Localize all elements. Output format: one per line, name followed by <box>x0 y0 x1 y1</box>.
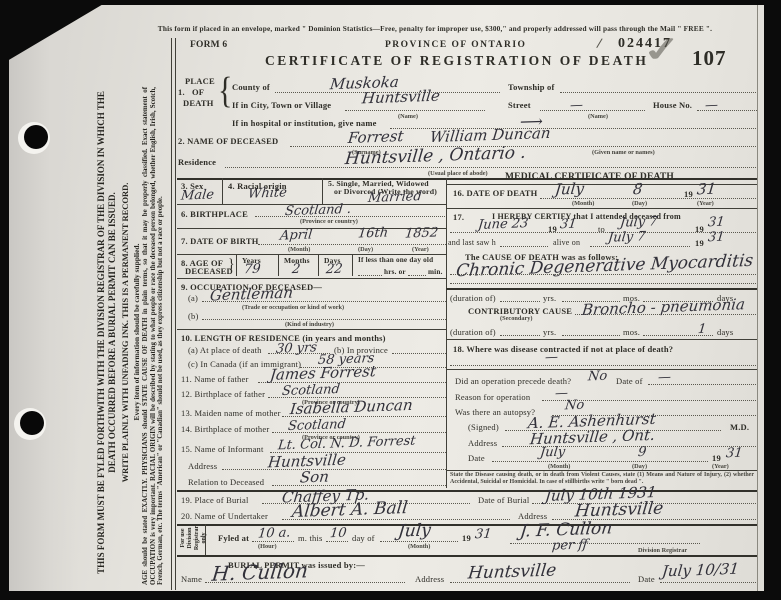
street-value: — <box>569 98 584 114</box>
surname-value: Forrest <box>347 127 404 147</box>
residence-label: Residence <box>178 157 216 167</box>
month-sublabel: (Month) <box>408 543 430 550</box>
operation-label: Did an operation precede death? <box>455 376 571 386</box>
birth-month-value: April <box>279 227 313 243</box>
certificate-date-month: July <box>539 445 566 461</box>
occupation-a-sublabel: (Trade or occupation or kind of work) <box>242 304 344 311</box>
rule <box>177 278 446 279</box>
death-label: DEATH <box>183 98 214 108</box>
occupation-b-sublabel: (Kind of industry) <box>285 321 334 328</box>
brace: { <box>218 70 233 113</box>
less-than-day-label: If less than one day old <box>358 256 433 264</box>
rule <box>318 254 319 276</box>
rule <box>500 335 540 336</box>
residence-sublabel: (Usual place of abode) <box>428 170 488 177</box>
violent-causes-fineprint: State the Disease causing death, or in d… <box>450 472 754 486</box>
death-month-value: July <box>554 179 585 198</box>
informant-address-label: Address <box>188 461 217 471</box>
rule <box>222 469 446 470</box>
rule <box>236 254 237 276</box>
birthplace-value: Scotland . <box>284 202 352 219</box>
age-label-2: DECEASED <box>185 266 233 276</box>
mos-label: mos. <box>623 327 640 337</box>
film-strip <box>8 0 78 600</box>
rule <box>450 274 756 275</box>
place-of-burial-label: 19. Place of Burial <box>181 495 249 505</box>
rule <box>358 275 382 276</box>
registrar-box-sidelabel-2: Division <box>187 524 194 552</box>
punch-hole-icon <box>20 411 44 435</box>
last-alive-year: 31 <box>707 230 725 246</box>
age-years-value: 79 <box>243 262 261 278</box>
page-edge-line <box>757 5 758 591</box>
day-sublabel: (Day) <box>632 463 647 470</box>
rule <box>225 167 756 168</box>
fyled-at-label: Fyled at <box>218 533 249 543</box>
father-birthplace-value: Scotland <box>281 382 340 399</box>
yrs-label: yrs. <box>543 327 556 337</box>
rule <box>510 543 700 544</box>
birth-day-value: 16th <box>357 225 389 241</box>
sex-value: Male <box>180 187 214 203</box>
mother-birthplace-value: Scotland <box>287 417 346 434</box>
rule <box>500 301 540 302</box>
rule <box>590 246 690 247</box>
rule <box>450 365 756 366</box>
punch-hole-icon <box>24 125 48 149</box>
year-sublabel: (Year) <box>697 200 714 207</box>
mother-name-label: 13. Maiden name of mother <box>181 408 281 418</box>
rule <box>492 461 708 462</box>
per-notation: per ff <box>551 537 588 553</box>
month-sublabel: (Month) <box>548 463 570 470</box>
hospital-label: If in hospital or institution, give name <box>232 118 377 128</box>
rule <box>446 339 757 340</box>
scan-edge-left <box>0 0 9 600</box>
rule <box>446 288 757 290</box>
rule <box>177 490 757 492</box>
operation-date-label: Date of <box>616 376 643 386</box>
street-label: Street <box>508 100 531 110</box>
name-of-deceased-label: 2. NAME OF DECEASED <box>178 136 278 146</box>
last-saw-label: and last saw h <box>448 238 496 247</box>
age-months-value: 2 <box>291 262 301 277</box>
page-stamp-number: 107 <box>692 46 727 71</box>
rule <box>202 319 446 320</box>
item-number-17: 17. <box>453 212 464 222</box>
month-sublabel: (Month) <box>288 246 310 253</box>
form-number: FORM 6 <box>190 40 227 50</box>
rule <box>446 178 447 488</box>
day-of-label: day of <box>352 533 375 543</box>
father-birthplace-label: 12. Birthplace of father <box>181 389 265 399</box>
year-prefix: 19 <box>695 224 704 234</box>
death-day-value: 8 <box>632 180 643 198</box>
residence-a-label: (a) At place of death <box>188 345 262 355</box>
year-prefix: 19 <box>712 453 721 463</box>
rule <box>450 283 756 284</box>
certificate-date-year: 31 <box>725 446 743 462</box>
days-label: days <box>717 327 733 337</box>
street-name-sublabel: (Name) <box>588 113 608 120</box>
death-certificate-scan: THIS FORM MUST BE FYLED FORTHWITH WITH T… <box>0 0 781 600</box>
sidebar-instruction-filing: THIS FORM MUST BE FYLED FORTHWITH WITH T… <box>96 80 118 585</box>
date-of-birth-label: 7. DATE OF BIRTH <box>181 236 259 246</box>
rule <box>177 254 446 255</box>
fyled-year-value: 31 <box>474 527 492 543</box>
yrs-label: yrs. <box>543 293 556 303</box>
rule <box>258 244 446 245</box>
fyled-hour-value: 10 a. <box>257 525 291 541</box>
attended-from-date: June 23 <box>477 216 529 233</box>
hour-sublabel: (Hour) <box>258 543 277 550</box>
date-of-death-label: 16. DATE OF DEATH <box>453 188 537 198</box>
operation-value: No <box>587 369 608 385</box>
physician-address-label: Address <box>468 438 497 448</box>
month-sublabel: (Month) <box>572 200 594 207</box>
last-alive-date: July 7 <box>607 229 646 245</box>
autopsy-label: Was there an autopsy? <box>455 407 535 417</box>
registrar-box-sidelabel-4: only <box>201 524 208 552</box>
rule <box>392 353 446 354</box>
rule <box>278 254 279 276</box>
year-sublabel: (Year) <box>712 463 729 470</box>
permit-address-value: Huntsville <box>467 560 557 583</box>
rule <box>540 110 645 111</box>
undertaker-address-label: Address <box>518 511 547 521</box>
rule <box>446 208 757 209</box>
rule <box>177 329 446 330</box>
autopsy-value: No <box>564 398 585 414</box>
duration-label: (duration of) <box>450 293 496 303</box>
father-name-value: James Forrest <box>269 362 377 384</box>
document-title: CERTIFICATE OF REGISTRATION OF DEATH <box>265 53 648 69</box>
rule <box>500 246 548 247</box>
undertaker-address-value: Huntsville <box>574 498 664 521</box>
to-label: to <box>598 224 605 234</box>
division-registrar-sublabel: Division Registrar <box>638 547 687 554</box>
province-heading: PROVINCE OF ONTARIO <box>385 40 526 50</box>
certificate-date-label: Date <box>468 453 485 463</box>
m-this-label: m. this <box>298 533 323 543</box>
duration-label: (duration of) <box>450 327 496 337</box>
day-sublabel: (Day) <box>632 200 647 207</box>
rule <box>345 110 485 111</box>
where-contracted-value: — <box>544 350 559 366</box>
rule <box>540 198 756 199</box>
certificate-date-day: 9 <box>637 445 647 460</box>
birth-year-value: 1852 <box>404 225 439 241</box>
year-prefix: 19 <box>548 224 557 234</box>
occupation-a-label: (a) <box>188 293 198 303</box>
check-mark-icon: ✓ <box>639 29 685 72</box>
duration-days-value: 1 <box>697 322 707 337</box>
day-sublabel: (Day) <box>358 246 373 253</box>
rule <box>322 178 323 204</box>
rule <box>352 254 353 276</box>
registrar-box-sidelabel-3: Registrar <box>194 524 201 552</box>
rule <box>177 555 757 557</box>
year-prefix: 19 <box>684 189 693 199</box>
residence-a-value: 30 yrs <box>275 340 317 356</box>
province-country-sublabel: (Province or country) <box>300 218 358 225</box>
rule <box>660 582 756 583</box>
fyled-day-value: 10 <box>329 526 347 542</box>
medical-certificate-heading: MEDICAL CERTIFICATE OF DEATH <box>505 172 674 182</box>
permit-issuer-signature: H. Cullon <box>211 558 310 585</box>
undertaker-name-label: 20. Name of Undertaker <box>181 511 268 521</box>
rule <box>560 92 756 93</box>
city-label: If in City, Town or Village <box>232 100 331 110</box>
rule <box>171 38 172 590</box>
house-no-label: House No. <box>653 100 692 110</box>
attended-from-year: 31 <box>559 217 577 233</box>
rule <box>222 178 223 204</box>
occupation-value: Gentleman <box>209 284 294 305</box>
year-sublabel: (Year) <box>412 246 429 253</box>
hrs-label: hrs. or <box>384 268 406 276</box>
scan-edge-right <box>764 0 781 600</box>
brace: } <box>228 257 235 273</box>
county-label: County of <box>232 82 270 92</box>
scan-edge-top <box>0 0 781 5</box>
given-name-sublabel: (Given name or names) <box>592 149 655 156</box>
operation-date-value: — <box>657 370 672 386</box>
birthplace-label: 6. BIRTHPLACE <box>181 209 248 219</box>
rule <box>380 541 458 542</box>
permit-name-label: Name <box>181 574 202 584</box>
name-sublabel: (Name) <box>398 113 418 120</box>
year-prefix: 19 <box>695 238 704 248</box>
rule <box>446 470 757 471</box>
year-prefix: 19 <box>462 533 471 543</box>
of-label: OF <box>192 87 204 97</box>
md-label: M.D. <box>730 422 749 432</box>
sidebar-instruction-age: AGE should be stated EXACTLY. PHYSICIANS… <box>142 87 165 585</box>
rule <box>562 335 620 336</box>
sidebar-instruction-items: Every item of information should be care… <box>132 216 141 448</box>
racial-origin-value: White <box>247 185 287 201</box>
house-no-value: — <box>704 98 719 114</box>
relation-value: Son <box>299 467 330 486</box>
relation-label: Relation to Deceased <box>188 477 264 487</box>
attended-to-date: July 7 <box>619 214 658 230</box>
reason-for-operation-label: Reason for operation <box>455 392 530 402</box>
father-name-label: 11. Name of father <box>181 374 248 384</box>
rule <box>175 38 176 590</box>
item-number-1: 1. <box>178 87 185 97</box>
undertaker-name-value: Albert A. Ball <box>291 498 409 522</box>
city-value: Huntsville <box>361 87 441 108</box>
township-label: Township of <box>508 82 555 92</box>
permit-date-value: July 10/31 <box>661 560 740 581</box>
fyled-month-value: July <box>397 520 432 541</box>
secondary-sublabel: (Secondary) <box>500 315 533 322</box>
signed-label: (Signed) <box>468 422 499 432</box>
occupation-b-label: (b) <box>188 311 199 321</box>
registrar-box-sidelabel-1: For use <box>180 524 187 552</box>
death-year-value: 31 <box>696 180 717 199</box>
where-contracted-label: 18. Where was disease contracted if not … <box>453 344 673 354</box>
age-days-value: 22 <box>325 262 343 278</box>
mother-birthplace-label: 14. Birthplace of mother <box>181 424 269 434</box>
informant-name-label: 15. Name of Informant <box>181 444 264 454</box>
rule <box>408 275 426 276</box>
scan-edge-bottom <box>0 591 781 600</box>
permit-address-label: Address <box>415 574 444 584</box>
place-label: PLACE <box>185 76 215 86</box>
date-of-burial-label: Date of Burial <box>478 495 529 505</box>
attended-to-year: 31 <box>707 215 725 231</box>
permit-date-label: Date <box>638 574 655 584</box>
alive-on-label: alive on <box>553 238 580 247</box>
min-label: min. <box>428 268 443 276</box>
sidebar-instruction-ink: WRITE PLAINLY WITH UNFADING INK. THIS IS… <box>120 160 130 505</box>
